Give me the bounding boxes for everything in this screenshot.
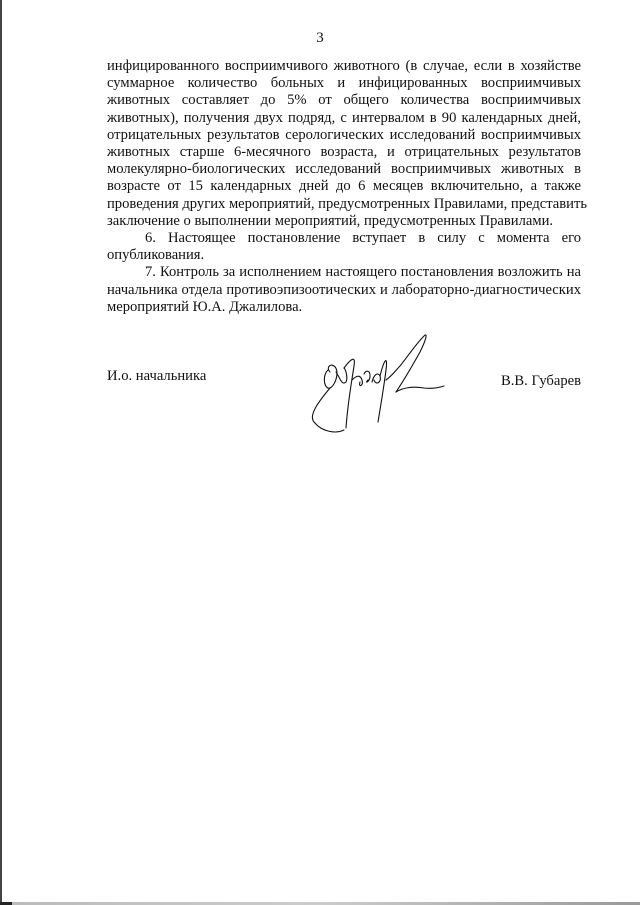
handwritten-signature-icon (300, 330, 470, 440)
clause-7-line: 7. Контроль за исполнением настоящего по… (107, 264, 581, 281)
signatory-title: И.о. начальника (107, 368, 206, 385)
page-number: 3 (0, 30, 640, 47)
body-line: животных старше 6-месячного возраста, и … (107, 144, 581, 161)
clause-6-line: опубликования. (107, 247, 581, 264)
body-line: суммарное количество больных и инфициров… (107, 75, 581, 92)
body-line: возрасте от 15 календарных дней до 6 мес… (107, 178, 581, 195)
body-line: отрицательных результатов серологических… (107, 127, 581, 144)
document-body: инфицированного восприимчивого животного… (107, 58, 581, 316)
signatory-name: В.В. Губарев (501, 373, 581, 390)
body-line: животных составляет до 5% от общего коли… (107, 92, 581, 109)
scan-edge-left (0, 0, 2, 905)
body-line: инфицированного восприимчивого животного… (107, 58, 581, 75)
clause-7-line: мероприятий Ю.А. Джалилова. (107, 299, 581, 316)
body-line: молекулярно-биологических исследований в… (107, 161, 581, 178)
body-line: проведения других мероприятий, предусмот… (107, 196, 581, 213)
body-line: заключение о выполнении мероприятий, пре… (107, 213, 581, 230)
clause-6-line: 6. Настоящее постановление вступает в си… (107, 230, 581, 247)
body-line: животных), получения двух подряд, с инте… (107, 110, 581, 127)
clause-7-line: начальника отдела противоэпизоотических … (107, 282, 581, 299)
